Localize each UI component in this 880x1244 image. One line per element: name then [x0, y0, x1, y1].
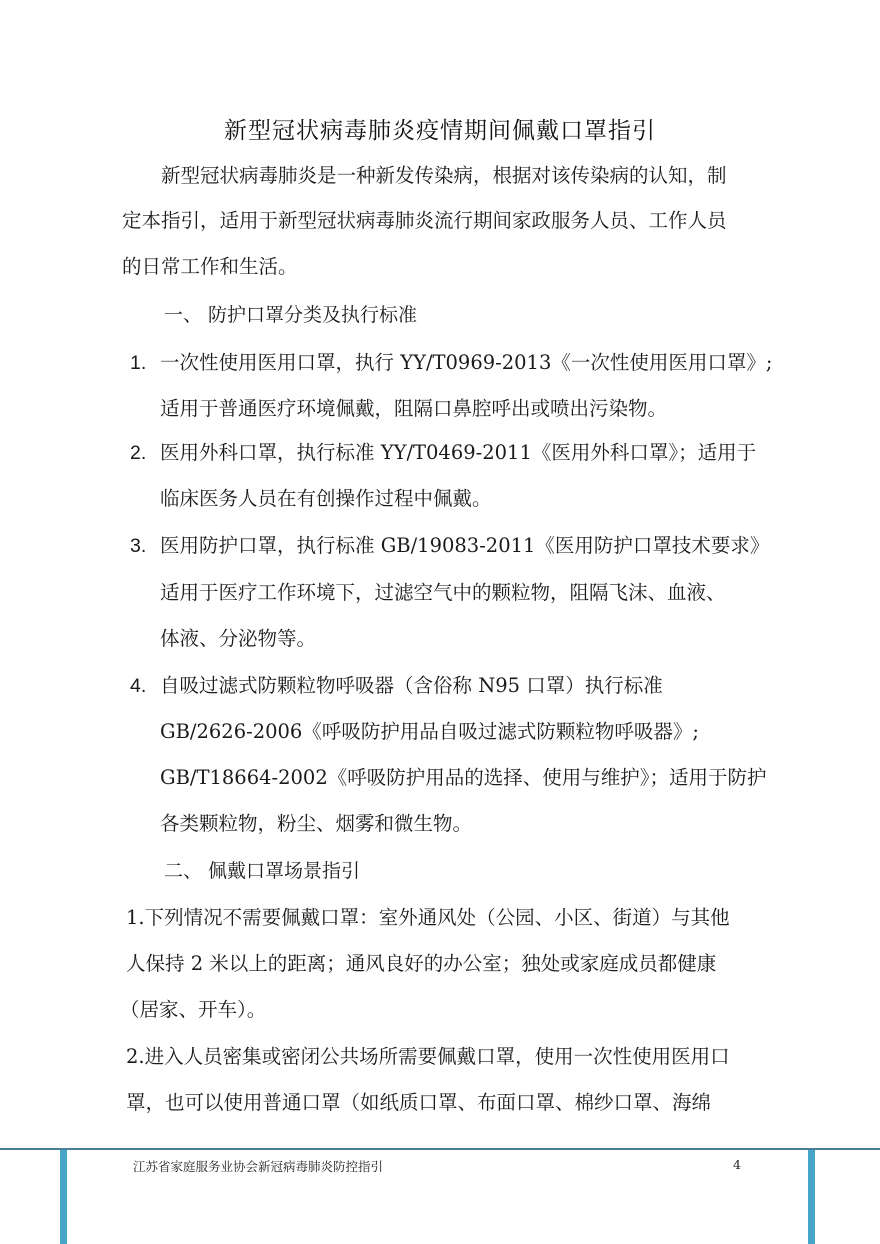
list-item-line: 各类颗粒物，粉尘、烟雾和微生物。	[160, 811, 472, 837]
list-number: 2.	[130, 440, 146, 466]
list-item-line: 医用防护口罩，执行标准 GB/19083-2011《医用防护口罩技术要求》	[160, 533, 769, 559]
intro-line: 定本指引，适用于新型冠状病毒肺炎流行期间家政服务人员、工作人员	[122, 208, 727, 234]
paragraph-line: 2.进入人员密集或密闭公共场所需要佩戴口罩，使用一次性使用医用口	[126, 1044, 730, 1070]
footer-title: 江苏省家庭服务业协会新冠病毒肺炎防控指引	[133, 1157, 383, 1175]
paragraph-line: 人保持 2 米以上的距离；通风良好的办公室；独处或家庭成员都健康	[126, 951, 716, 977]
intro-line: 的日常工作和生活。	[122, 254, 298, 280]
section-heading-2: 二、 佩戴口罩场景指引	[164, 858, 360, 884]
list-number: 1.	[130, 350, 146, 376]
section-heading-1: 一、 防护口罩分类及执行标准	[164, 302, 417, 328]
document-title: 新型冠状病毒肺炎疫情期间佩戴口罩指引	[0, 112, 880, 145]
paragraph-line: 1.下列情况不需要佩戴口罩：室外通风处（公园、小区、街道）与其他	[126, 905, 730, 931]
list-item-line: GB/T18664-2002《呼吸防护用品的选择、使用与维护》；适用于防护	[160, 765, 766, 791]
footer-accent-bar-left	[60, 1150, 67, 1244]
footer-divider	[0, 1148, 880, 1150]
paragraph-line: 罩，也可以使用普通口罩（如纸质口罩、布面口罩、棉纱口罩、海绵	[126, 1090, 711, 1116]
paragraph-line: （居家、开车）。	[120, 997, 266, 1023]
list-item-line: 自吸过滤式防颗粒物呼吸器（含俗称 N95 口罩）执行标准	[160, 673, 663, 699]
list-item-line: 适用于普通医疗环境佩戴，阻隔口鼻腔呼出或喷出污染物。	[160, 396, 667, 422]
page-number: 4	[733, 1157, 741, 1172]
intro-line: 新型冠状病毒肺炎是一种新发传染病，根据对该传染病的认知，制	[161, 163, 727, 189]
list-item-line: 适用于医疗工作环境下，过滤空气中的颗粒物，阻隔飞沫、血液、	[160, 580, 726, 606]
list-item-line: GB/2626-2006《呼吸防护用品自吸过滤式防颗粒物呼吸器》;	[160, 719, 699, 745]
list-item-line: 临床医务人员在有创操作过程中佩戴。	[160, 486, 492, 512]
list-number: 3.	[130, 533, 146, 559]
list-item-line: 体液、分泌物等。	[160, 626, 316, 652]
list-item-line: 一次性使用医用口罩，执行 YY/T0969-2013《一次性使用医用口罩》;	[160, 350, 772, 376]
list-item-line: 医用外科口罩，执行标准 YY/T0469-2011《医用外科口罩》；适用于	[160, 440, 756, 466]
list-number: 4.	[130, 673, 146, 699]
footer-accent-bar-right	[808, 1150, 815, 1244]
